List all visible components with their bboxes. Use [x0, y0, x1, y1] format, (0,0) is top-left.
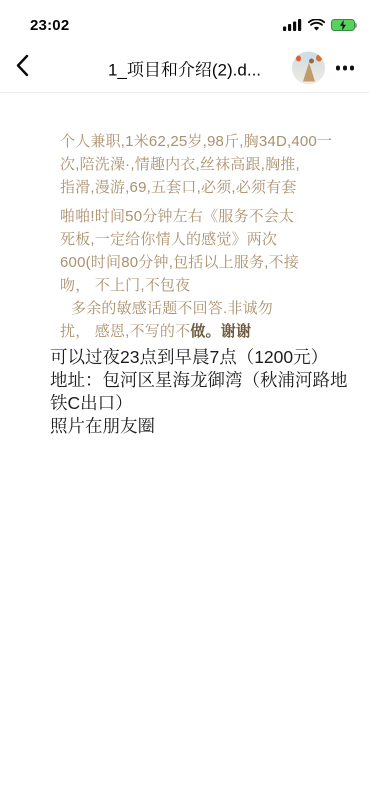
typed-paragraph: 可以过夜23点到早晨7点（1200元） 地址：包河区星海龙御湾（秋浦河路地 铁C… — [50, 346, 369, 438]
more-dot-icon — [343, 66, 348, 71]
text-line: 指滑,漫游,69,五套口,必须,必须有套 — [60, 176, 369, 199]
text-line: 铁C出口） — [50, 392, 369, 415]
charging-bolt-icon — [339, 20, 347, 31]
phone-screen: 23:02 — [0, 0, 369, 800]
text-line: 照片在朋友圈 — [50, 415, 369, 438]
signal-strength-icon — [283, 19, 302, 31]
handwritten-paragraph-1: 个人兼职,1米62,25岁,98斤,胸34D,400一 次,陪洗澡·,情趣内衣,… — [60, 130, 369, 199]
nav-bar: 1_项目和介绍(2).d... — [0, 44, 369, 93]
text-segment-bold: 做。谢谢 — [190, 323, 251, 340]
more-options-button[interactable] — [334, 60, 357, 77]
text-line: 死板,一定给你情人的感觉》两次 — [60, 228, 369, 251]
text-line: 多余的敏感话题不回答.非诚勿 — [60, 297, 369, 320]
handwritten-paragraph-2: 啪啪!时间50分钟左右《服务不会太 死板,一定给你情人的感觉》两次 600(时间… — [60, 205, 369, 343]
battery-charging-icon — [331, 19, 355, 32]
text-line: 个人兼职,1米62,25岁,98斤,胸34D,400一 — [60, 130, 369, 153]
text-line: 啪啪!时间50分钟左右《服务不会太 — [60, 205, 369, 228]
avatar[interactable] — [292, 52, 325, 85]
status-icons — [283, 19, 355, 32]
more-dot-icon — [350, 66, 355, 71]
document-scroll-area[interactable]: 个人兼职,1米62,25岁,98斤,胸34D,400一 次,陪洗澡·,情趣内衣,… — [0, 93, 369, 800]
document-title: 1_项目和介绍(2).d... — [108, 56, 261, 81]
nav-right-group — [292, 52, 357, 85]
text-line: 地址：包河区星海龙御湾（秋浦河路地 — [50, 369, 369, 392]
clock-time: 23:02 — [30, 17, 69, 34]
chevron-left-icon — [16, 55, 29, 77]
back-button[interactable] — [10, 51, 35, 86]
avatar-person-dress — [303, 63, 315, 82]
text-line: 次,陪洗澡·,情趣内衣,丝袜高跟,胸推, — [60, 153, 369, 176]
status-bar: 23:02 — [0, 0, 369, 42]
text-line: 吻， 不上门,不包夜 — [60, 274, 369, 297]
text-segment: 扰， 感恩,不写的不 — [60, 323, 190, 340]
avatar-balloon — [316, 55, 322, 62]
text-line: 600(时间80分钟,包括以上服务,不接 — [60, 251, 369, 274]
more-dot-icon — [336, 66, 341, 71]
battery-cap — [355, 23, 357, 28]
avatar-balloon — [296, 56, 301, 62]
text-line: 扰， 感恩,不写的不做。谢谢 — [60, 320, 369, 343]
wifi-icon — [308, 19, 325, 31]
text-line: 可以过夜23点到早晨7点（1200元） — [50, 346, 369, 369]
